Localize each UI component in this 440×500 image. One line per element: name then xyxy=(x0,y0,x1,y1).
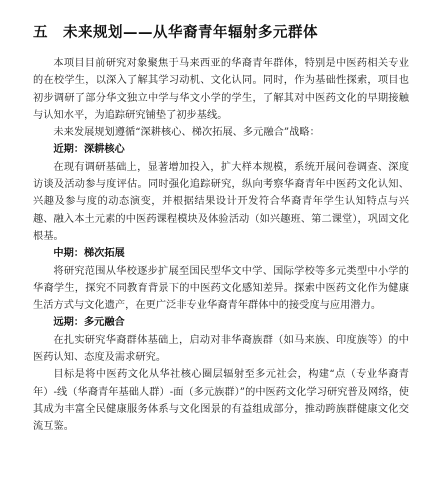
intro-paragraph-2: 未来发展规划遵循“深耕核心、梯次拓展、多元融合”战略： xyxy=(33,124,409,141)
section-heading-long-term: 远期：多元融合 xyxy=(33,314,409,331)
section-near-term-paragraph: 在现有调研基础上，显著增加投入，扩大样本规模，系统开展问卷调查、深度访谈及活动参… xyxy=(33,159,409,245)
document-page: 五 未来规划——从华裔青年辐射多元群体 本项目目前研究对象聚焦于马来西亚的华裔青… xyxy=(0,0,440,500)
section-long-term-paragraph-2: 目标是将中医药文化从华社核心圈层辐射至多元社会，构建“点（专业华裔青年）-线（华… xyxy=(33,366,409,435)
section-heading-near-term: 近期：深耕核心 xyxy=(33,141,409,158)
section-mid-term-paragraph: 将研究范围从华校逐步扩展至国民型华文中学、国际学校等多元类型中小学的华裔学生，探… xyxy=(33,263,409,315)
doc-title: 五 未来规划——从华裔青年辐射多元群体 xyxy=(33,23,409,43)
section-long-term-paragraph-1: 在扎实研究华裔群体基础上，启动对非华裔族群（如马来族、印度族等）的中医药认知、态… xyxy=(33,332,409,367)
intro-paragraph-1: 本项目目前研究对象聚焦于马来西亚的华裔青年群体，特别是中医药相关专业的在校学生，… xyxy=(33,55,409,124)
section-heading-mid-term: 中期：梯次拓展 xyxy=(33,245,409,262)
